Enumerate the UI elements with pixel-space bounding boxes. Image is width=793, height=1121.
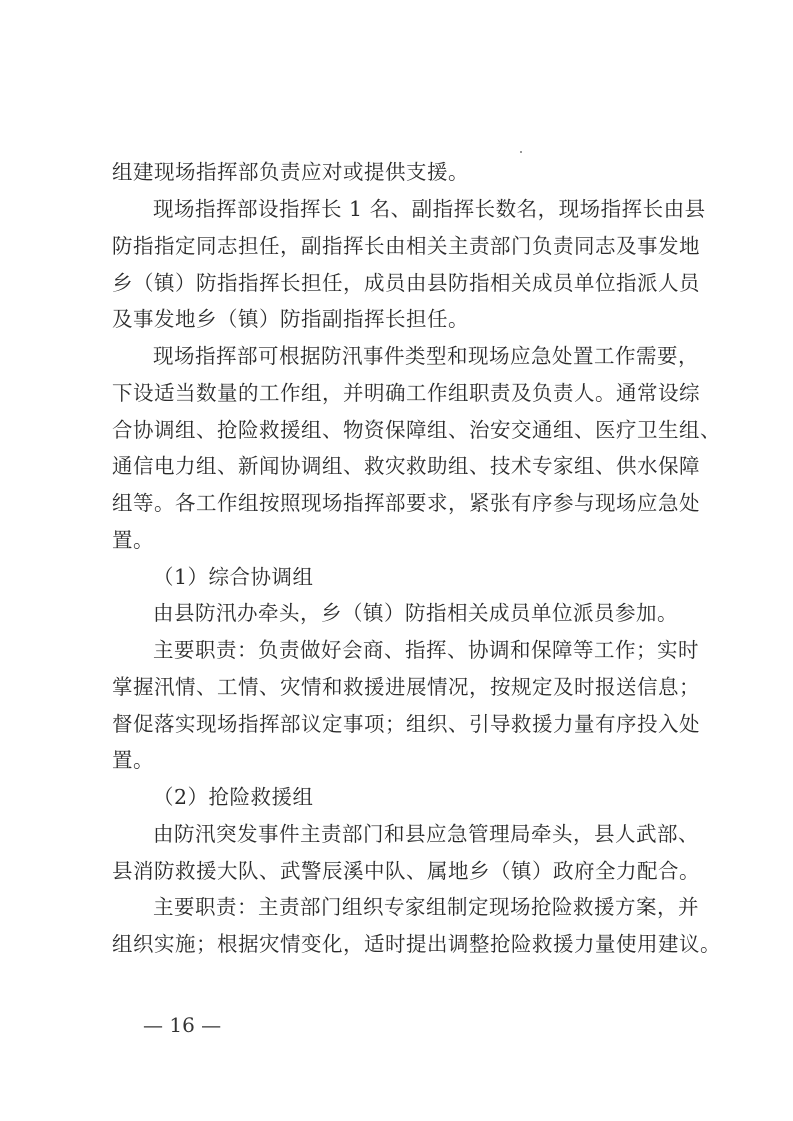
text-line: 主要职责：负责做好会商、指挥、协调和保障等工作；实时	[153, 637, 684, 663]
text-line: 下设适当数量的工作组，并明确工作组职责及负责人。通常设综	[112, 380, 684, 406]
text-line: 组建现场指挥部负责应对或提供支援。	[112, 159, 684, 185]
text-line: 合协调组、抢险救援组、物资保障组、治安交通组、医疗卫生组、	[112, 417, 684, 443]
text-line: 现场指挥部设指挥长 1 名、副指挥长数名，现场指挥长由县	[153, 196, 684, 222]
page-number: — 16 —	[143, 1012, 221, 1038]
text-line: 置。	[112, 747, 684, 773]
text-line: 由县防汛办牵头，乡（镇）防指相关成员单位派员参加。	[153, 600, 684, 626]
text-line: 由防汛突发事件主责部门和县应急管理局牵头，县人武部、	[153, 821, 684, 847]
text-line: 现场指挥部可根据防汛事件类型和现场应急处置工作需要，	[153, 343, 684, 369]
scan-artifact	[520, 151, 522, 153]
text-line: 通信电力组、新闻协调组、救灾救助组、技术专家组、供水保障	[112, 453, 684, 479]
section-heading: （2）抢险救援组	[153, 784, 684, 810]
text-line: 县消防救援大队、武警辰溪中队、属地乡（镇）政府全力配合。	[112, 858, 684, 884]
document-page: 组建现场指挥部负责应对或提供支援。 现场指挥部设指挥长 1 名、副指挥长数名，现…	[0, 0, 793, 1121]
text-line: 主要职责：主责部门组织专家组制定现场抢险救援方案，并	[153, 894, 684, 920]
text-line: 组等。各工作组按照现场指挥部要求，紧张有序参与现场应急处	[112, 490, 684, 516]
text-line: 乡（镇）防指指挥长担任，成员由县防指相关成员单位指派人员	[112, 270, 684, 296]
text-line: 防指指定同志担任，副指挥长由相关主责部门负责同志及事发地	[112, 233, 684, 259]
text-line: 掌握汛情、工情、灾情和救援进展情况，按规定及时报送信息；	[112, 674, 684, 700]
text-line: 置。	[112, 527, 684, 553]
text-line: 及事发地乡（镇）防指副指挥长担任。	[112, 306, 684, 332]
text-line: 督促落实现场指挥部议定事项；组织、引导救援力量有序投入处	[112, 711, 684, 737]
section-heading: （1）综合协调组	[153, 564, 684, 590]
text-line: 组织实施；根据灾情变化，适时提出调整抢险救援力量使用建议。	[112, 931, 684, 957]
